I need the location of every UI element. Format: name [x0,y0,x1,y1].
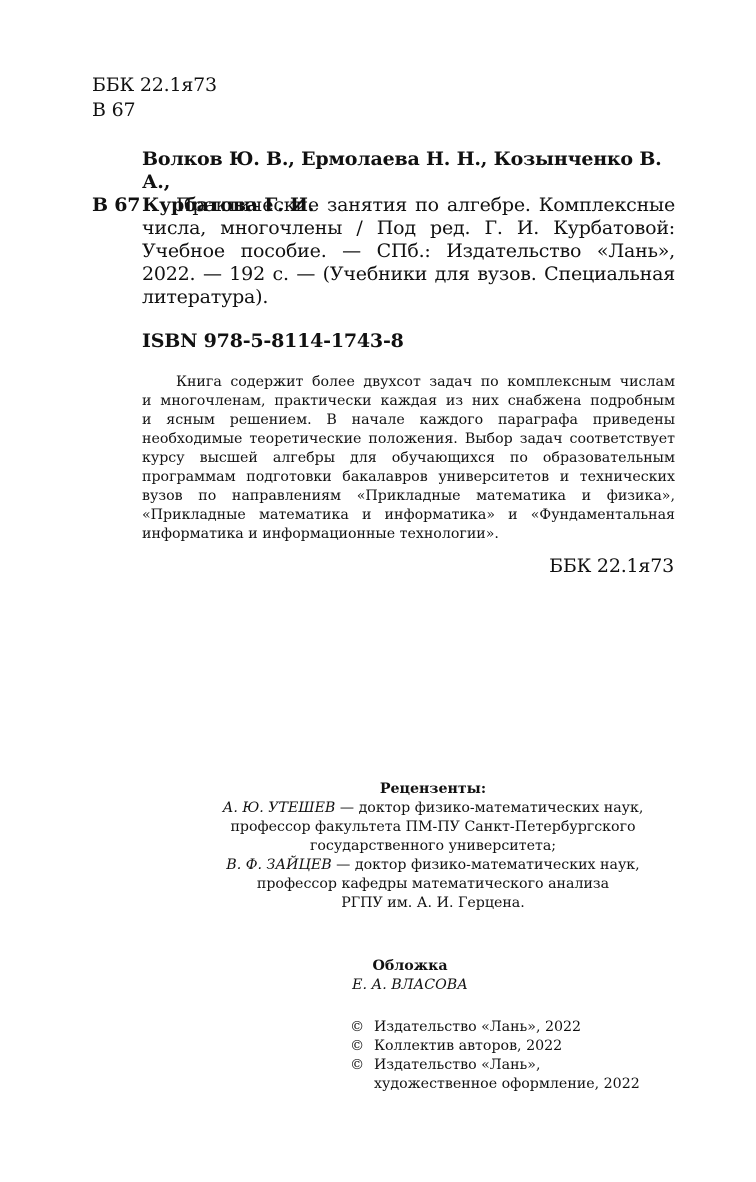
authors-line: Волков Ю. В., Ермолаева Н. Н., Козынченк… [142,148,682,194]
author-mark-code: В 67 [92,99,135,122]
copyright-icon: © [350,1056,374,1094]
cover-credit: Обложка Е. А. ВЛАСОВА [300,957,520,995]
annotation-line: информатика и информационные технологии»… [142,525,675,544]
cover-designer: Е. А. ВЛАСОВА [300,976,520,995]
biblio-line: 2022. — 192 с. — (Учебники для вузов. Сп… [142,263,675,286]
copyright-icon: © [350,1037,374,1056]
biblio-line: Практические занятия по алгебре. Комплек… [142,194,675,217]
reviewer-affiliation: РГПУ им. А. И. Герцена. [150,894,716,913]
isbn: ISBN 978-5-8114-1743-8 [142,330,404,353]
reviewer-affiliation: государственного университета; [150,837,716,856]
bibliographic-description: Практические занятия по алгебре. Комплек… [142,194,675,309]
reviewers-heading: Рецензенты: [150,780,716,799]
copyright-text: Издательство «Лань», 2022 [374,1018,581,1037]
copyright-notices: © Издательство «Лань», 2022 © Коллектив … [350,1018,680,1094]
entry-author-mark: В 67 [92,194,140,217]
annotation-paragraph: Книга содержит более двухсот задач по ко… [142,373,675,544]
annotation-line: «Прикладные математика и информатика» и … [142,506,675,525]
annotation-line: программам подготовки бакалавров универс… [142,468,675,487]
annotation-line: Книга содержит более двухсот задач по ко… [142,373,675,392]
reviewer-entry: В. Ф. ЗАЙЦЕВ — доктор физико-математичес… [150,856,716,875]
copyright-text: Издательство «Лань», художественное офор… [374,1056,640,1094]
reviewer-affiliation: профессор факультета ПМ-ПУ Санкт-Петербу… [150,818,716,837]
bbk-code-bottom: ББК 22.1я73 [549,555,674,578]
annotation-line: и многочленам, практически каждая из них… [142,392,675,411]
copyright-text-line: Издательство «Лань», [374,1056,640,1075]
annotation-line: вузов по направлениям «Прикладные матема… [142,487,675,506]
reviewer-affiliation: профессор кафедры математического анализ… [150,875,716,894]
copyright-text-line: художественное оформление, 2022 [374,1075,640,1094]
copyright-row: © Коллектив авторов, 2022 [350,1037,680,1056]
reviewer-entry: А. Ю. УТЕШЕВ — доктор физико-математичес… [150,799,716,818]
copyright-row: © Издательство «Лань», 2022 [350,1018,680,1037]
annotation-line: курсу высшей алгебры для обучающихся по … [142,449,675,468]
copyright-row: © Издательство «Лань», художественное оф… [350,1056,680,1094]
cover-heading: Обложка [300,957,520,976]
reviewer-name: А. Ю. УТЕШЕВ [223,800,336,816]
annotation-line: необходимые теоретические положения. Выб… [142,430,675,449]
bbk-classification-code: ББК 22.1я73 [92,74,217,97]
annotation-line: и ясным решением. В начале каждого параг… [142,411,675,430]
reviewer-name: В. Ф. ЗАЙЦЕВ [226,857,331,873]
biblio-line: литература). [142,286,675,309]
reviewer-title: — доктор физико-математических наук, [332,857,640,873]
copyright-icon: © [350,1018,374,1037]
copyright-text: Коллектив авторов, 2022 [374,1037,562,1056]
reviewers-block: Рецензенты: А. Ю. УТЕШЕВ — доктор физико… [150,780,716,913]
biblio-line: Учебное пособие. — СПб.: Издательство «Л… [142,240,675,263]
biblio-line: числа, многочлены / Под ред. Г. И. Курба… [142,217,675,240]
reviewer-title: — доктор физико-математических наук, [335,800,643,816]
